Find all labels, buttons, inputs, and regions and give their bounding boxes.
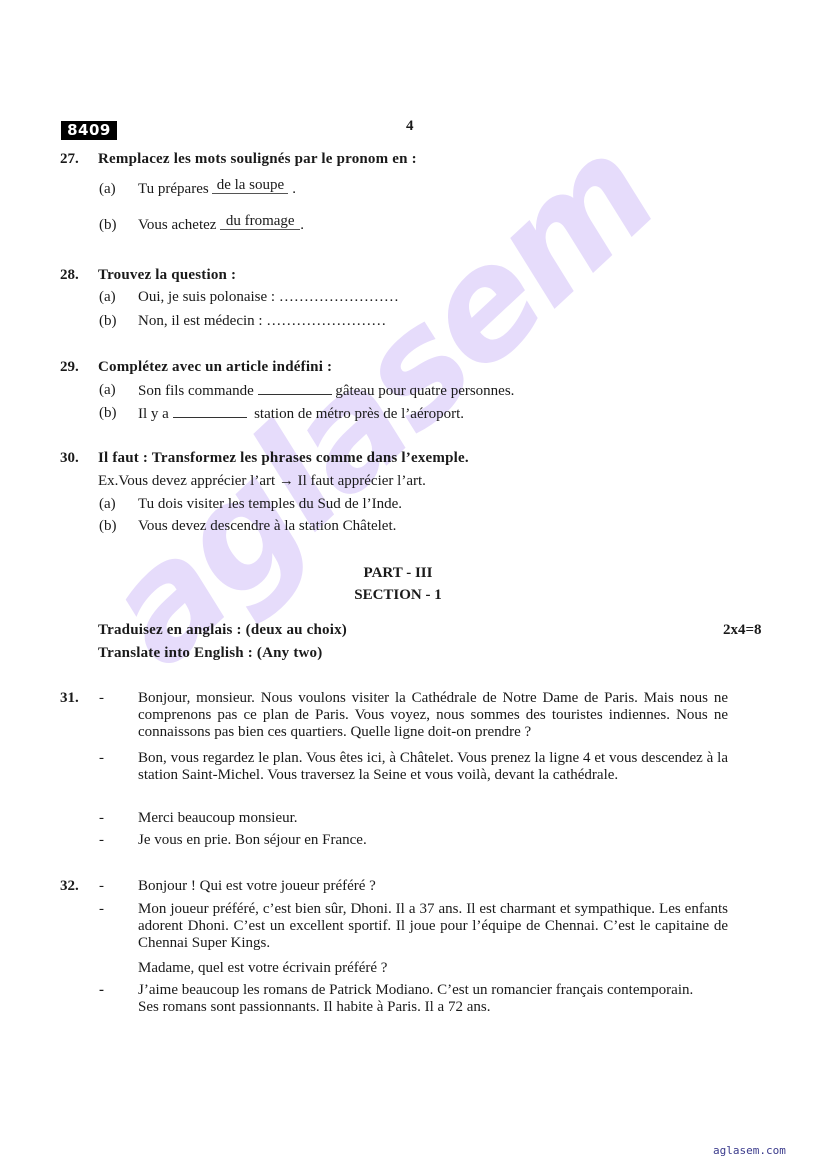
- question-number: 30.: [60, 450, 79, 467]
- question-item: Tu prépares de la soupe .: [138, 181, 296, 198]
- dialogue-line: Mon joueur préféré, c’est bien sûr, Dhon…: [138, 901, 728, 952]
- dialogue-dash: -: [99, 878, 104, 895]
- fill-blank: [173, 405, 247, 418]
- item-after: station de métro près de l’aéroport.: [254, 406, 464, 422]
- marks-allocation: 2x4=8: [723, 622, 762, 639]
- question-number: 31.: [60, 690, 79, 707]
- option-label: (a): [99, 181, 116, 198]
- dialogue-line: Je vous en prie. Bon séjour en France.: [138, 832, 728, 849]
- option-label: (b): [99, 405, 117, 422]
- item-prefix: Tu prépares: [138, 181, 209, 197]
- option-label: (b): [99, 217, 117, 234]
- example-sentence: Ex.Vous devez apprécier l’art → Il faut …: [98, 473, 426, 490]
- dialogue-line: Bonjour, monsieur. Nous voulons visiter …: [138, 690, 728, 741]
- question-number: 32.: [60, 878, 79, 895]
- dialogue-line: Merci beaucoup monsieur.: [138, 810, 728, 827]
- option-label: (b): [99, 313, 117, 330]
- page-number: 4: [406, 118, 414, 135]
- exam-page: 8409 4 27. Remplacez les mots soulignés …: [0, 0, 826, 1169]
- site-footer: aglasem.com: [713, 1144, 786, 1157]
- underlined-phrase: du fromage: [220, 213, 300, 230]
- dialogue-dash: -: [99, 810, 104, 827]
- item-suffix: .: [292, 181, 296, 197]
- translate-instruction-fr: Traduisez en anglais : (deux au choix): [98, 622, 347, 639]
- dialogue-dash: -: [99, 832, 104, 849]
- item-suffix: .: [300, 217, 304, 233]
- question-item: Non, il est médecin : ……………………: [138, 313, 386, 330]
- part-title: PART - III: [0, 565, 811, 582]
- section-title: SECTION - 1: [0, 587, 811, 604]
- dialogue-line: Bonjour ! Qui est votre joueur préféré ?: [138, 878, 728, 895]
- option-label: (a): [99, 382, 116, 399]
- question-item: Vous devez descendre à la station Châtel…: [138, 518, 396, 535]
- fill-blank: [258, 382, 332, 395]
- question-instruction: Remplacez les mots soulignés par le pron…: [98, 151, 417, 168]
- dialogue-line: J’aime beaucoup les romans de Patrick Mo…: [138, 982, 698, 1016]
- question-item: Son fils commande gâteau pour quatre per…: [138, 382, 514, 400]
- paper-code-badge: 8409: [61, 121, 117, 140]
- question-number: 27.: [60, 151, 79, 168]
- option-label: (b): [99, 518, 117, 535]
- dialogue-dash: -: [99, 901, 104, 918]
- option-label: (a): [99, 289, 116, 306]
- item-before: Son fils commande: [138, 383, 254, 399]
- dialogue-line: Madame, quel est votre écrivain préféré …: [138, 960, 728, 977]
- question-item: Oui, je suis polonaise : ……………………: [138, 289, 399, 306]
- option-label: (a): [99, 496, 116, 513]
- question-number: 28.: [60, 267, 79, 284]
- question-number: 29.: [60, 359, 79, 376]
- question-item: Il y a station de métro près de l’aéropo…: [138, 405, 464, 423]
- question-item: Tu dois visiter les temples du Sud de l’…: [138, 496, 402, 513]
- item-after: gâteau pour quatre personnes.: [335, 383, 514, 399]
- question-item: Vous achetez du fromage.: [138, 217, 304, 234]
- question-instruction: Il faut : Transformez les phrases comme …: [98, 450, 469, 467]
- dialogue-dash: -: [99, 982, 104, 999]
- translate-instruction-en: Translate into English : (Any two): [98, 645, 322, 662]
- item-prefix: Vous achetez: [138, 217, 216, 233]
- question-instruction: Trouvez la question :: [98, 267, 236, 284]
- item-before: Il y a: [138, 406, 169, 422]
- underlined-phrase: de la soupe: [212, 177, 288, 194]
- dialogue-line: Bon, vous regardez le plan. Vous êtes ic…: [138, 750, 728, 784]
- dialogue-dash: -: [99, 690, 104, 707]
- dialogue-dash: -: [99, 750, 104, 767]
- question-instruction: Complétez avec un article indéfini :: [98, 359, 332, 376]
